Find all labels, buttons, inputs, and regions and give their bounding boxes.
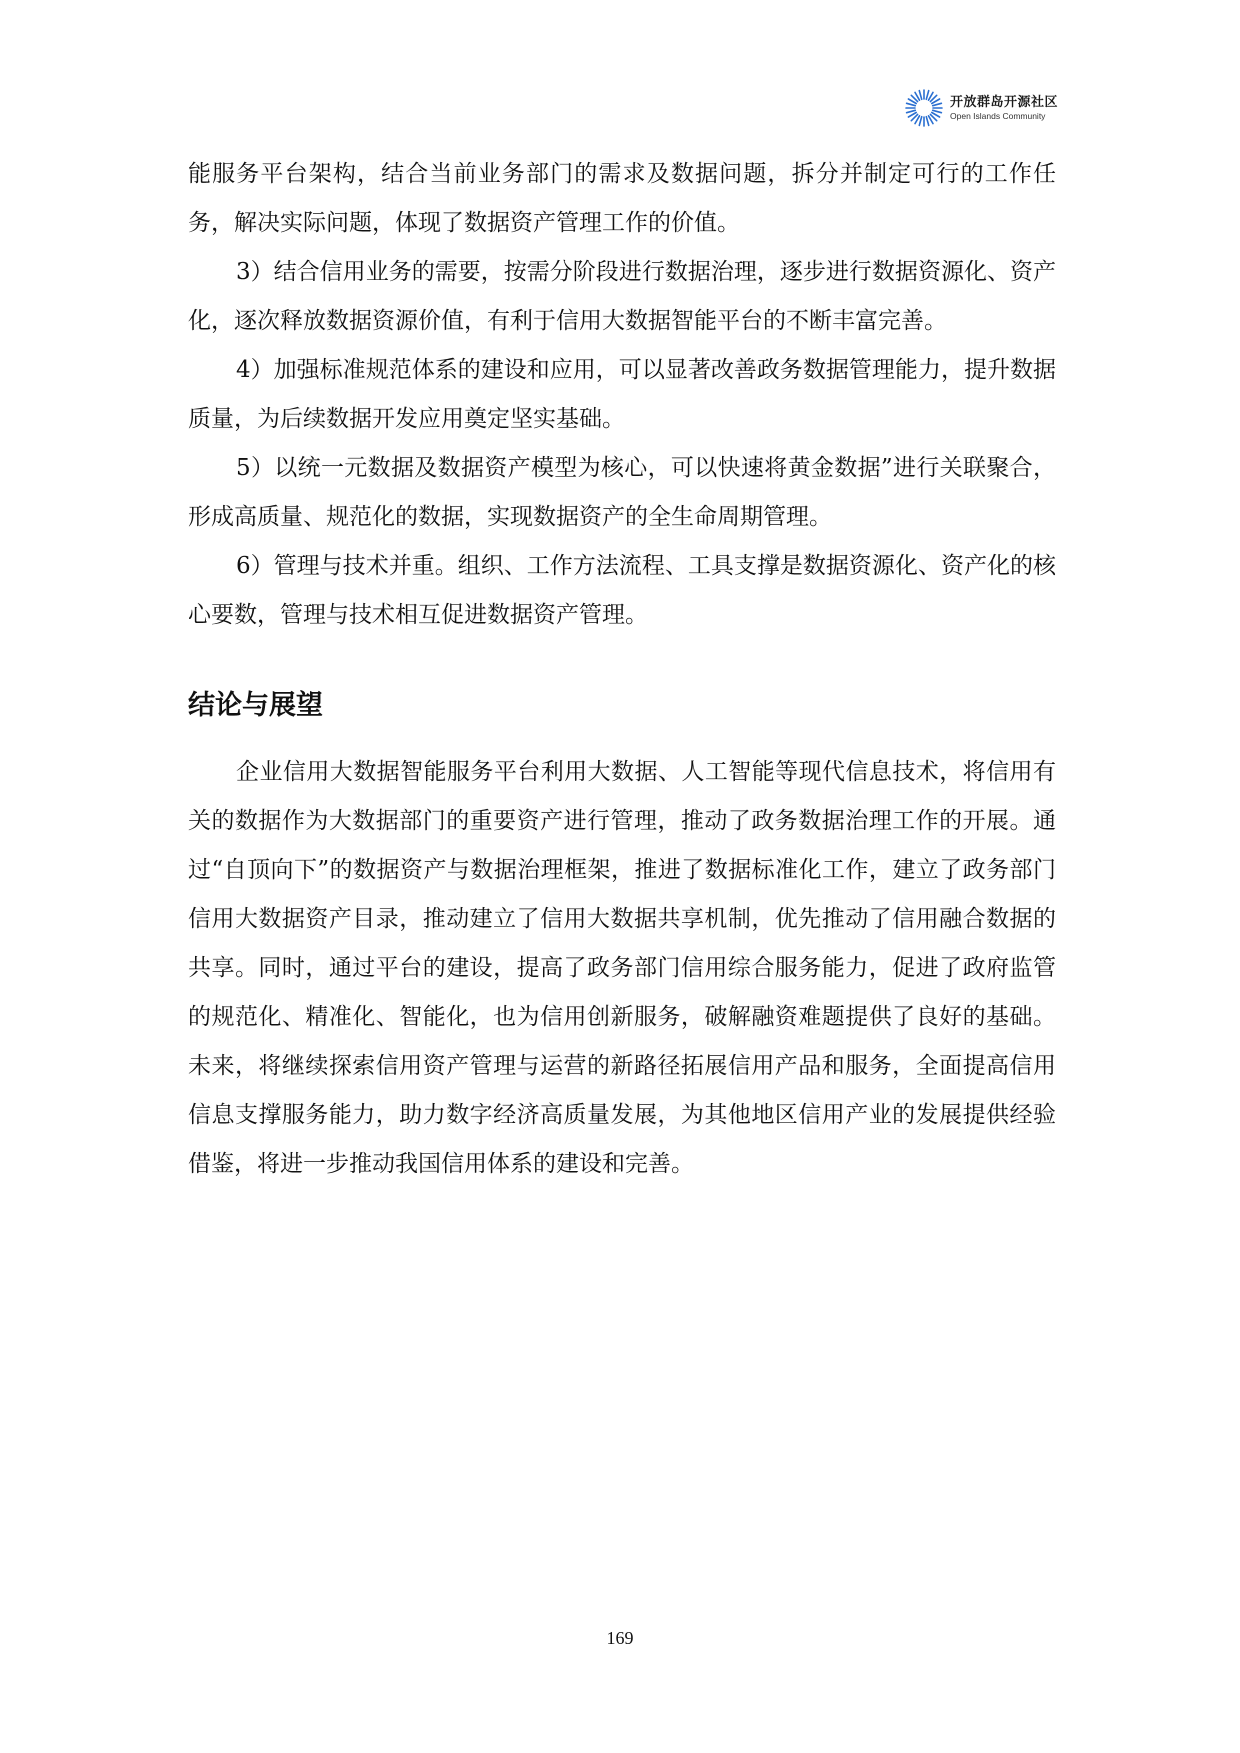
continued-section: 能服务平台架构，结合当前业务部门的需求及数据问题，拆分并制定可行的工作任务，解决… [188,150,1056,640]
section-heading-conclusion: 结论与展望 [188,683,323,722]
page-number: 169 [0,1628,1240,1649]
logo-text: 开放群岛开源社区 Open Islands Community [950,95,1058,122]
conclusion-section: 企业信用大数据智能服务平台利用大数据、人工智能等现代信息技术，将信用有关的数据作… [188,748,1056,1189]
logo-title-cn: 开放群岛开源社区 [950,95,1058,111]
paragraph-point-3: 3）结合信用业务的需要，按需分阶段进行数据治理，逐步进行数据资源化、资产化，逐次… [188,248,1056,346]
paragraph-conclusion: 企业信用大数据智能服务平台利用大数据、人工智能等现代信息技术，将信用有关的数据作… [188,748,1056,1189]
document-page: 开放群岛开源社区 Open Islands Community 能服务平台架构，… [0,0,1240,1753]
paragraph-point-6: 6）管理与技术并重。组织、工作方法流程、工具支撑是数据资源化、资产化的核心要数，… [188,542,1056,640]
paragraph-point-5: 5）以统一元数据及数据资产模型为核心，可以快速将黄金数据”进行关联聚合，形成高质… [188,444,1056,542]
paragraph-continued: 能服务平台架构，结合当前业务部门的需求及数据问题，拆分并制定可行的工作任务，解决… [188,150,1056,248]
sunburst-logo-icon [904,88,944,128]
header-logo: 开放群岛开源社区 Open Islands Community [904,88,1058,128]
paragraph-point-4: 4）加强标准规范体系的建设和应用，可以显著改善政务数据管理能力，提升数据质量，为… [188,346,1056,444]
logo-title-en: Open Islands Community [950,111,1058,122]
